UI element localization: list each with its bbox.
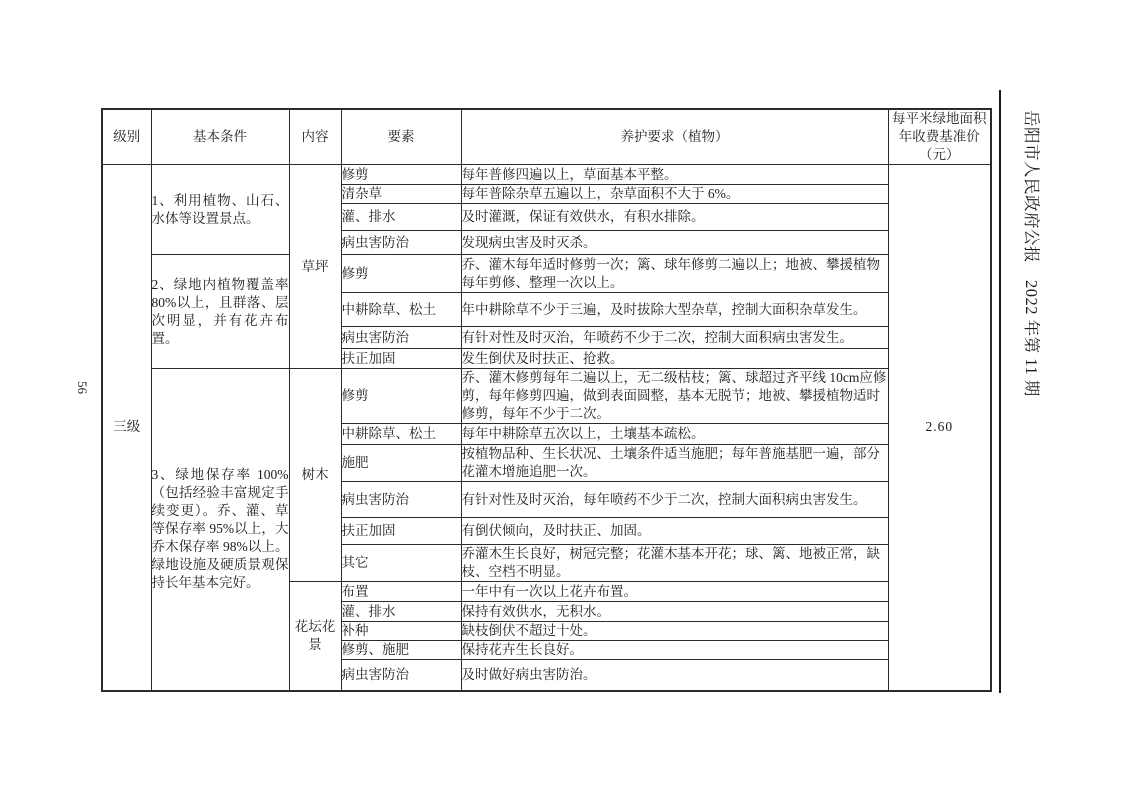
table-row: 3、绿地保存率 100%（包括经验丰富规定手续变更）。乔、灌、草等保存率 95%… — [102, 369, 991, 424]
element-cell: 布置 — [341, 582, 461, 602]
content-group-lawn: 草坪 — [289, 165, 341, 369]
requirement-cell: 年中耕除草不少于三遍，及时拔除大型杂草，控制大面积杂草发生。 — [461, 293, 888, 327]
requirement-cell: 乔、灌木修剪每年二遍以上，无二级枯枝；篱、球超过齐平线 10cm应修剪，每年修剪… — [461, 369, 888, 424]
header-requirement: 养护要求（植物） — [461, 109, 888, 165]
requirement-cell: 乔灌木生长良好，树冠完整；花灌木基本开花；球、篱、地被正常，缺枝、空档不明显。 — [461, 545, 888, 582]
requirement-cell: 有针对性及时灭治，年喷药不少于二次，控制大面积病虫害发生。 — [461, 327, 888, 349]
element-cell: 补种 — [341, 622, 461, 641]
gazette-page: 级别 基本条件 内容 要素 养护要求（植物） 每平米绿地面积年收费基准价（元） … — [0, 0, 1122, 794]
element-cell: 其它 — [341, 545, 461, 582]
basic-condition-3: 3、绿地保存率 100%（包括经验丰富规定手续变更）。乔、灌、草等保存率 95%… — [151, 369, 289, 691]
element-cell: 施肥 — [341, 445, 461, 482]
content-group-trees: 树木 — [289, 369, 341, 582]
element-cell: 修剪 — [341, 255, 461, 293]
element-cell: 修剪 — [341, 165, 461, 185]
price-cell: 2.60 — [888, 165, 991, 691]
element-cell: 扶正加固 — [341, 349, 461, 369]
header-content: 内容 — [289, 109, 341, 165]
requirement-cell: 有倒伏倾向，及时扶正、加固。 — [461, 518, 888, 545]
requirement-cell: 保持有效供水，无积水。 — [461, 602, 888, 622]
header-level: 级别 — [102, 109, 151, 165]
element-cell: 病虫害防治 — [341, 660, 461, 691]
requirement-cell: 每年普修四遍以上，草面基本平整。 — [461, 165, 888, 185]
element-cell: 病虫害防治 — [341, 231, 461, 255]
requirement-cell: 每年中耕除草五次以上，土壤基本疏松。 — [461, 424, 888, 445]
header-element: 要素 — [341, 109, 461, 165]
level-cell: 三级 — [102, 165, 151, 691]
margin-rule — [999, 90, 1001, 693]
requirement-cell: 一年中有一次以上花卉布置。 — [461, 582, 888, 602]
content-group-flowerbeds: 花坛花景 — [289, 582, 341, 691]
page-number: 56 — [75, 381, 89, 394]
element-cell: 灌、排水 — [341, 602, 461, 622]
header-price: 每平米绿地面积年收费基准价（元） — [888, 109, 991, 165]
requirement-cell: 发生倒伏及时扶正、抢救。 — [461, 349, 888, 369]
requirement-cell: 缺枝倒伏不超过十处。 — [461, 622, 888, 641]
element-cell: 扶正加固 — [341, 518, 461, 545]
element-cell: 清杂草 — [341, 185, 461, 204]
element-cell: 灌、排水 — [341, 204, 461, 231]
requirement-cell: 保持花卉生长良好。 — [461, 641, 888, 660]
requirement-cell: 乔、灌木每年适时修剪一次；篱、球年修剪二遍以上；地被、攀援植物每年剪修、整理一次… — [461, 255, 888, 293]
element-cell: 中耕除草、松土 — [341, 424, 461, 445]
gazette-margin-note: 岳阳市人民政府公报 2022 年第 11 期 — [1020, 110, 1042, 397]
element-cell: 病虫害防治 — [341, 327, 461, 349]
table-row: 2、绿地内植物覆盖率 80%以上，且群落、层次明显，并有花卉布置。 修剪 乔、灌… — [102, 255, 991, 293]
element-cell: 修剪、施肥 — [341, 641, 461, 660]
table-row: 三级 1、利用植物、山石、水体等设置景点。 草坪 修剪 每年普修四遍以上，草面基… — [102, 165, 991, 185]
requirement-cell: 及时做好病虫害防治。 — [461, 660, 888, 691]
element-cell: 中耕除草、松土 — [341, 293, 461, 327]
element-cell: 修剪 — [341, 369, 461, 424]
basic-condition-1: 1、利用植物、山石、水体等设置景点。 — [151, 165, 289, 255]
element-cell: 病虫害防治 — [341, 482, 461, 518]
requirement-cell: 有针对性及时灭治，每年喷药不少于二次，控制大面积病虫害发生。 — [461, 482, 888, 518]
requirement-cell: 每年普除杂草五遍以上，杂草面积不大于 6%。 — [461, 185, 888, 204]
requirement-cell: 发现病虫害及时灭杀。 — [461, 231, 888, 255]
maintenance-standard-table: 级别 基本条件 内容 要素 养护要求（植物） 每平米绿地面积年收费基准价（元） … — [101, 108, 992, 692]
header-basic-condition: 基本条件 — [151, 109, 289, 165]
basic-condition-2: 2、绿地内植物覆盖率 80%以上，且群落、层次明显，并有花卉布置。 — [151, 255, 289, 369]
requirement-cell: 按植物品种、生长状况、土壤条件适当施肥；每年普施基肥一遍，部分花灌木增施追肥一次… — [461, 445, 888, 482]
table-header-row: 级别 基本条件 内容 要素 养护要求（植物） 每平米绿地面积年收费基准价（元） — [102, 109, 991, 165]
requirement-cell: 及时灌溉，保证有效供水，有积水排除。 — [461, 204, 888, 231]
